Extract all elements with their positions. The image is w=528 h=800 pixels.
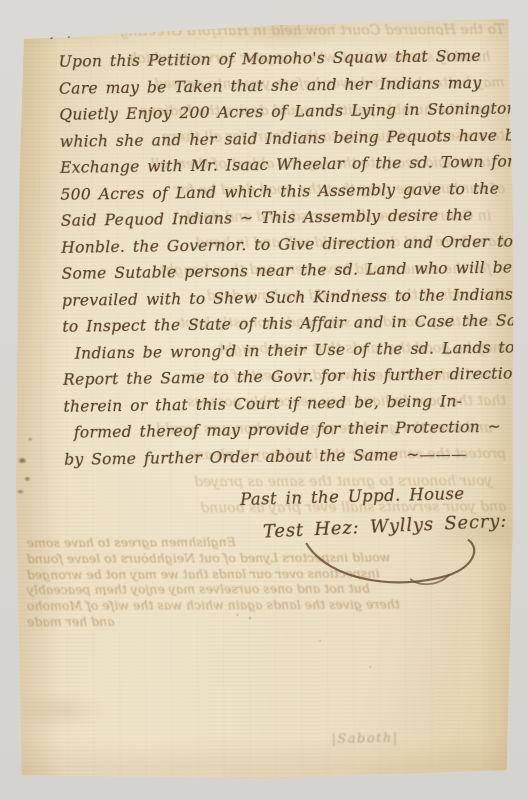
manuscript-sheet: 74 To the Honoured Court now held in Har… [12,15,515,779]
manuscript-line: by Some further Order about the Same ~——… [64,440,512,473]
bleedthrough-line: To the Honoured Court now held in Hartfo… [16,17,504,46]
folio-number: 74 [48,22,77,44]
pencil-inscription: |Saboth| [331,731,398,747]
signature-flourish-icon [297,535,497,596]
bleedthrough-line: there gives the lands again which was th… [27,596,503,614]
petition-body-text: Upon this Petition of Momoho's Squaw tha… [58,43,512,473]
bleedthrough-line: and her made [27,612,503,630]
scanned-manuscript-page: 74 To the Honoured Court now held in Har… [0,0,528,800]
